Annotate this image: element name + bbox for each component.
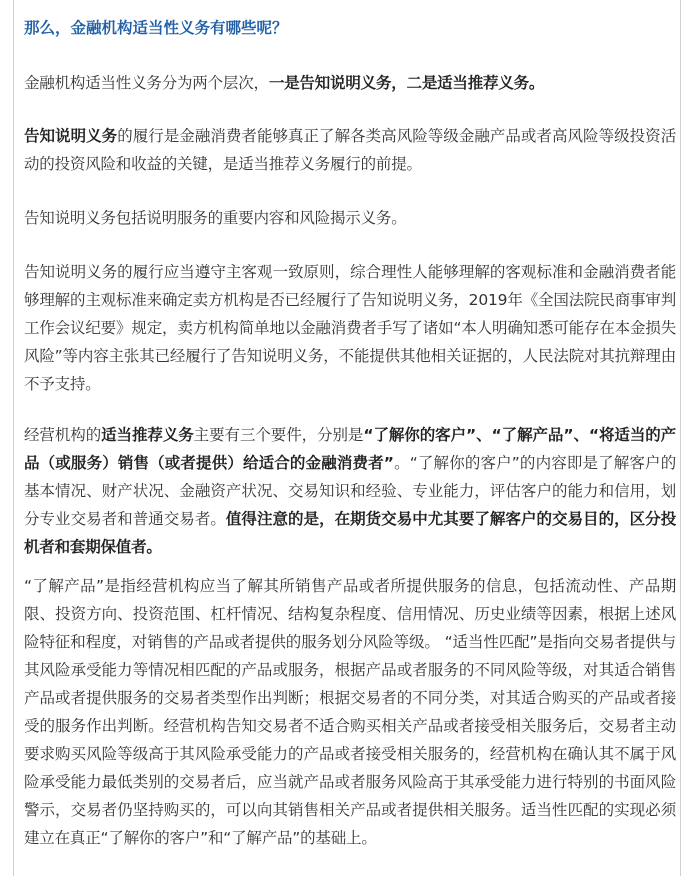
paragraph-disclosure-scope: 告知说明义务包括说明服务的重要内容和风险揭示义务。 (24, 204, 676, 232)
bold-disclosure-duty: 告知说明义务 (24, 127, 117, 145)
bold-duty-levels: 一是告知说明义务，二是适当推荐义务。 (269, 74, 544, 92)
paragraph-recommendation-duty: 经营机构的适当推荐义务主要有三个要件，分别是“了解你的客户”、“了解产品”、“将… (24, 421, 676, 561)
paragraph-disclosure-principle: 告知说明义务的履行应当遵守主客观一致原则，综合理性人能够理解的客观标准和金融消费… (24, 258, 676, 398)
paragraph-know-product: “了解产品”是指经营机构应当了解其所销售产品或者所提供服务的信息，包括流动性、产… (24, 572, 676, 852)
section-heading: 那么，金融机构适当性义务有哪些呢？ (24, 14, 288, 42)
paragraph-disclosure-duty: 告知说明义务的履行是金融消费者能够真正了解各类高风险等级金融产品或者高风险等级投… (24, 122, 676, 178)
paragraph-duty-levels: 金融机构适当性义务分为两个层次，一是告知说明义务，二是适当推荐义务。 (24, 69, 676, 97)
bold-recommendation-duty: 适当推荐义务 (101, 426, 194, 444)
